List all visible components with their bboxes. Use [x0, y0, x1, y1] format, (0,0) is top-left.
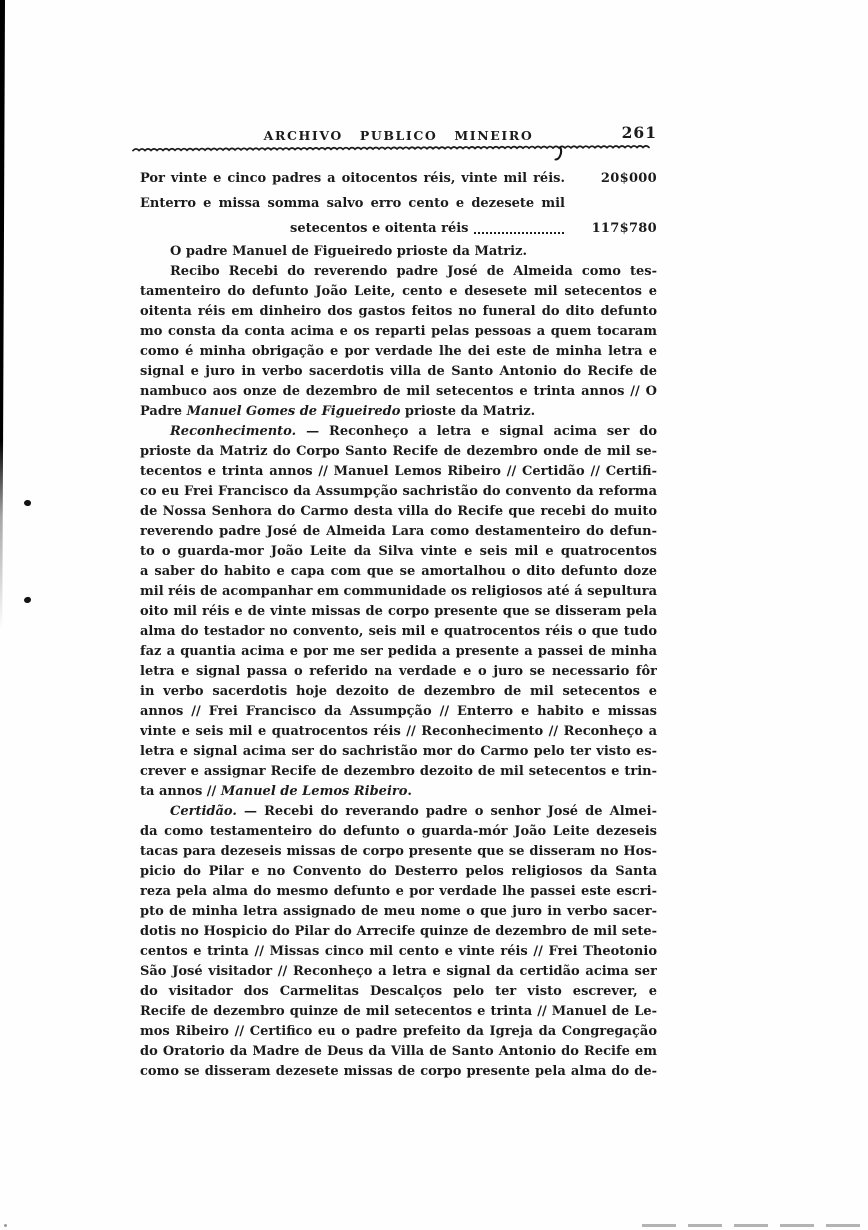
- ledger-line: Enterro e missa somma salvo erro cento e…: [140, 191, 657, 216]
- line-text: annos // Frei Francisco da Assumpção // …: [140, 704, 657, 719]
- text-line: São José visitador // Reconheço a letra …: [140, 962, 657, 982]
- line-text: crever e assignar Recife de dezembro dez…: [140, 764, 657, 779]
- text-line: pto de minha letra assignado de meu nome…: [140, 902, 657, 922]
- text-line: letra e signal passa o referido na verda…: [140, 662, 657, 682]
- scan-edge-artifact: [0, 0, 5, 630]
- text-line: reza pela alma do mesmo defunto e por ve…: [140, 882, 657, 902]
- text-line: picio do Pilar e no Convento do Desterro…: [140, 862, 657, 882]
- text-line: mo consta da conta acima e os reparti pe…: [140, 322, 657, 342]
- line-text: da como testamenteiro do defunto o guard…: [140, 824, 657, 842]
- text-line: O padre Manuel de Figueiredo prioste da …: [140, 242, 657, 262]
- line-text: pto de minha letra assignado de meu nome…: [140, 904, 657, 919]
- line-text: tecentos e trinta annos // Manuel Lemos …: [140, 464, 657, 479]
- line-text: prioste da Matriz do Corpo Santo Recife …: [140, 444, 657, 459]
- margin-ink-dot: [24, 597, 32, 604]
- text-line: ta annos // Manuel de Lemos Ribeiro.: [140, 782, 657, 802]
- line-text: O padre Manuel de Figueiredo prioste da …: [170, 244, 527, 259]
- line-text: do visitador dos Carmelitas Descalços pe…: [140, 984, 657, 1002]
- line-text: picio do Pilar e no Convento do Desterro…: [140, 864, 657, 882]
- line-text: de Nossa Senhora do Carmo desta villa do…: [140, 504, 657, 519]
- ledger-amount: 117$780: [592, 216, 657, 241]
- text-line: Certidão. — Recebi do reverando padre o …: [140, 802, 657, 822]
- text-line: mil réis de acompanhar em communidade os…: [140, 582, 657, 602]
- text-line: co eu Frei Francisco da Assumpção sachri…: [140, 482, 657, 502]
- header-wavy-rule: [131, 142, 651, 154]
- line-text: como é minha obrigação e por verdade lhe…: [140, 344, 657, 359]
- italic-name-text: Certidão.: [170, 804, 237, 819]
- text-line: como é minha obrigação e por verdade lhe…: [140, 342, 657, 362]
- text-line: vinte e seis mil e quatrocentos réis // …: [140, 722, 657, 742]
- line-text: Padre: [140, 404, 187, 419]
- line-text: ta annos //: [140, 784, 221, 799]
- line-text: nambuco aos onze de dezembro de mil sete…: [140, 384, 657, 399]
- line-text: letra e signal passa o referido na verda…: [140, 664, 657, 679]
- text-line: de Nossa Senhora do Carmo desta villa do…: [140, 502, 657, 522]
- line-text: letra e signal acima ser do sachristão m…: [140, 744, 657, 759]
- line-text: São José visitador // Reconheço a letra …: [140, 964, 657, 979]
- line-text: alma do testador no convento, seis mil e…: [140, 624, 657, 639]
- text-line: signal e juro in verbo sacerdotis villa …: [140, 362, 657, 382]
- text-line: in verbo sacerdotis hoje dezoito de deze…: [140, 682, 657, 702]
- text-line: nambuco aos onze de dezembro de mil sete…: [140, 382, 657, 402]
- italic-name-text: Reconhecimento.: [170, 424, 296, 439]
- text-line: Reconhecimento. — Reconheço a letra e si…: [140, 422, 657, 442]
- expense-ledger: Por vinte e cinco padres a oitocentos ré…: [140, 166, 657, 241]
- text-line: centos e trinta // Missas cinco mil cent…: [140, 942, 657, 962]
- text-line: tecentos e trinta annos // Manuel Lemos …: [140, 462, 657, 482]
- text-line: tacas para dezeseis missas de corpo pres…: [140, 842, 657, 862]
- text-line: letra e signal acima ser do sachristão m…: [140, 742, 657, 762]
- text-line: dotis no Hospicio do Pilar do Arrecife q…: [140, 922, 657, 942]
- ledger-line-text: Enterro e missa somma salvo erro cento e…: [140, 191, 565, 216]
- text-line: oitenta réis em dinheiro dos gastos feit…: [140, 302, 657, 322]
- line-text: oito mil réis e de vinte missas de corpo…: [140, 604, 657, 619]
- ledger-line: setecentos e oitenta réis117$780: [140, 216, 657, 241]
- line-text: mos Ribeiro // Certifico eu o padre pref…: [140, 1024, 657, 1039]
- ledger-line-text: setecentos e oitenta réis: [290, 216, 469, 241]
- text-line: Recibo Recebi do reverendo padre José de…: [140, 262, 657, 282]
- bottom-scan-line-artifact: [642, 1224, 868, 1227]
- line-text: a saber do habito e capa com que se amor…: [140, 564, 657, 579]
- margin-ink-dot: [23, 499, 31, 506]
- text-line: oito mil réis e de vinte missas de corpo…: [140, 602, 657, 622]
- page-number: 261: [560, 123, 657, 142]
- line-text: co eu Frei Francisco da Assumpção sachri…: [140, 484, 657, 499]
- text-line: annos // Frei Francisco da Assumpção // …: [140, 702, 657, 722]
- bottom-scan-dot-artifact: [4, 1224, 7, 1227]
- line-text: in verbo sacerdotis hoje dezoito de deze…: [140, 684, 657, 702]
- line-text: mo consta da conta acima e os reparti pe…: [140, 324, 657, 339]
- text-line: Padre Manuel Gomes de Figueiredo prioste…: [140, 402, 657, 422]
- ledger-amount: 20$000: [601, 166, 657, 191]
- line-text: tamenteiro do defunto João Leite, cento …: [140, 284, 657, 299]
- rule-ink-mark: [554, 147, 564, 161]
- line-text: — Recebi do reverando padre o senhor Jos…: [237, 804, 657, 819]
- italic-name-text: Manuel Gomes de Figueiredo: [187, 404, 401, 419]
- line-text: — Reconheço a letra e signal acima ser d…: [296, 424, 657, 439]
- line-text: vinte e seis mil e quatrocentos réis // …: [140, 724, 657, 739]
- body-text: O padre Manuel de Figueiredo prioste da …: [140, 242, 657, 1082]
- text-line: tamenteiro do defunto João Leite, cento …: [140, 282, 657, 302]
- line-text: tacas para dezeseis missas de corpo pres…: [140, 844, 657, 859]
- line-text: oitenta réis em dinheiro dos gastos feit…: [140, 304, 657, 322]
- text-line: Recife de dezembro quinze de mil setecen…: [140, 1002, 657, 1022]
- text-line: como se disseram dezesete missas de corp…: [140, 1062, 657, 1082]
- text-line: faz a quantia acima e por me ser pedida …: [140, 642, 657, 662]
- text-line: to o guarda-mor João Leite da Silva vint…: [140, 542, 657, 562]
- text-line: a saber do habito e capa com que se amor…: [140, 562, 657, 582]
- text-line: reverendo padre José de Almeida Lara com…: [140, 522, 657, 542]
- line-text: signal e juro in verbo sacerdotis villa …: [140, 364, 657, 382]
- line-text: reza pela alma do mesmo defunto e por ve…: [140, 884, 657, 899]
- italic-name-text: Manuel de Lemos Ribeiro: [221, 784, 408, 799]
- line-text: como se disseram dezesete missas de corp…: [140, 1064, 657, 1079]
- text-line: da como testamenteiro do defunto o guard…: [140, 822, 657, 842]
- text-line: do visitador dos Carmelitas Descalços pe…: [140, 982, 657, 1002]
- text-line: do Oratorio da Madre de Deus da Villa de…: [140, 1042, 657, 1062]
- ledger-line-text: Por vinte e cinco padres a oitocentos ré…: [140, 166, 565, 191]
- scanned-document-page: ARCHIVO PUBLICO MINEIRO 261 Por vinte e …: [0, 0, 868, 1230]
- line-text: .: [407, 784, 412, 799]
- line-text: to o guarda-mor João Leite da Silva vint…: [140, 544, 657, 562]
- line-text: mil réis de acompanhar em communidade os…: [140, 584, 657, 599]
- line-text: prioste da Matriz.: [400, 404, 535, 419]
- dot-leader: [474, 216, 564, 234]
- line-text: Recife de dezembro quinze de mil setecen…: [140, 1004, 657, 1019]
- text-line: prioste da Matriz do Corpo Santo Recife …: [140, 442, 657, 462]
- line-text: centos e trinta // Missas cinco mil cent…: [140, 944, 657, 962]
- line-text: reverendo padre José de Almeida Lara com…: [140, 524, 657, 539]
- line-text: faz a quantia acima e por me ser pedida …: [140, 644, 657, 659]
- text-line: crever e assignar Recife de dezembro dez…: [140, 762, 657, 782]
- ledger-line: Por vinte e cinco padres a oitocentos ré…: [140, 166, 657, 191]
- text-line: alma do testador no convento, seis mil e…: [140, 622, 657, 642]
- line-text: do Oratorio da Madre de Deus da Villa de…: [140, 1044, 657, 1059]
- line-text: Recibo Recebi do reverendo padre José de…: [170, 264, 657, 279]
- text-line: mos Ribeiro // Certifico eu o padre pref…: [140, 1022, 657, 1042]
- line-text: dotis no Hospicio do Pilar do Arrecife q…: [140, 924, 657, 939]
